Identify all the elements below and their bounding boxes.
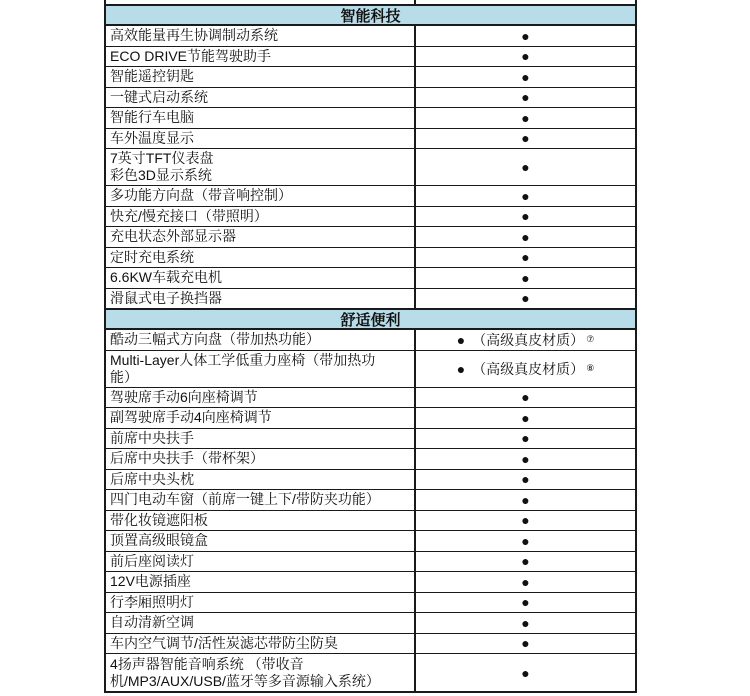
table-row: 定时充电系统● — [106, 248, 635, 269]
section-header: 智能科技 — [106, 5, 635, 26]
feature-name-cell: 7英寸TFT仪表盘 彩色3D显示系统 — [106, 149, 416, 185]
table-row: 多功能方向盘（带音响控制）● — [106, 186, 635, 207]
availability-note: （高级真皮材质） — [472, 359, 584, 379]
availability-cell: ● — [416, 149, 635, 185]
feature-name-cell: 12V电源插座 — [106, 572, 416, 592]
feature-name-cell: 充电状态外部显示器 — [106, 227, 416, 247]
feature-name-cell: 前后座阅读灯 — [106, 552, 416, 572]
availability-cell: ● — [416, 490, 635, 510]
table-row: 前后座阅读灯● — [106, 552, 635, 573]
availability-cell: ● — [416, 186, 635, 206]
table-row: 快充/慢充接口（带照明）● — [106, 207, 635, 228]
feature-name-cell: Multi-Layer人体工学低重力座椅（带加热功 能） — [106, 351, 416, 387]
availability-cell: ● — [416, 408, 635, 428]
feature-name-cell — [106, 0, 416, 4]
availability-cell: ● — [416, 129, 635, 149]
availability-cell — [416, 0, 635, 4]
availability-note: （高级真皮材质） — [472, 330, 584, 350]
table-row: 前席中央扶手● — [106, 429, 635, 450]
feature-name-cell: 副驾驶席手动4向座椅调节 — [106, 408, 416, 428]
availability-dot: ● — [521, 534, 529, 548]
footnote-superscript: ⑧ — [586, 364, 594, 373]
feature-name-cell: 滑鼠式电子换挡器 — [106, 289, 416, 309]
feature-name-cell: 驾驶席手动6向座椅调节 — [106, 388, 416, 408]
availability-dot: ● — [521, 390, 529, 404]
availability-cell: ● — [416, 429, 635, 449]
availability-dot: ● — [521, 209, 529, 223]
availability-dot: ● — [521, 111, 529, 125]
table-row: 自动清新空调● — [106, 613, 635, 634]
availability-cell: ● — [416, 593, 635, 613]
table-row: 7英寸TFT仪表盘 彩色3D显示系统● — [106, 149, 635, 186]
availability-cell: ● — [416, 47, 635, 67]
availability-cell: ● — [416, 572, 635, 592]
table-body: 智能科技高效能量再生协调制动系统●ECO DRIVE节能驾驶助手●智能遥控钥匙●… — [106, 5, 635, 691]
availability-cell: ● — [416, 67, 635, 87]
table-row: ECO DRIVE节能驾驶助手● — [106, 47, 635, 68]
availability-cell: ● — [416, 654, 635, 691]
table-row: 4扬声器智能音响系统 （带收音 机/MP3/AUX/USB/蓝牙等多音源输入系统… — [106, 654, 635, 691]
availability-dot: ● — [521, 29, 529, 43]
table-row: 副驾驶席手动4向座椅调节● — [106, 408, 635, 429]
availability-cell: ● — [416, 511, 635, 531]
availability-cell: ● — [416, 449, 635, 469]
table-row: 后席中央扶手（带杯架）● — [106, 449, 635, 470]
availability-dot: ● — [521, 49, 529, 63]
availability-cell: ● — [416, 248, 635, 268]
availability-cell: ● — [416, 227, 635, 247]
table-row: 车外温度显示● — [106, 129, 635, 150]
availability-dot: ● — [521, 472, 529, 486]
feature-name-cell: 智能遥控钥匙 — [106, 67, 416, 87]
table-row: 高效能量再生协调制动系统● — [106, 26, 635, 47]
availability-cell: ●（高级真皮材质）⑦ — [416, 330, 635, 350]
availability-dot: ● — [521, 90, 529, 104]
availability-dot: ● — [521, 595, 529, 609]
feature-name-cell: 多功能方向盘（带音响控制） — [106, 186, 416, 206]
feature-name-cell: 车外温度显示 — [106, 129, 416, 149]
availability-cell: ● — [416, 268, 635, 288]
feature-name-cell: 4扬声器智能音响系统 （带收音 机/MP3/AUX/USB/蓝牙等多音源输入系统… — [106, 654, 416, 691]
availability-cell: ● — [416, 552, 635, 572]
feature-name-cell: 定时充电系统 — [106, 248, 416, 268]
availability-dot: ● — [521, 616, 529, 630]
availability-dot: ● — [521, 189, 529, 203]
table-row: 12V电源插座● — [106, 572, 635, 593]
availability-dot: ● — [457, 362, 465, 376]
table-row: 四门电动车窗（前席一键上下/带防夹功能）● — [106, 490, 635, 511]
table-row: 酷动三幅式方向盘（带加热功能）●（高级真皮材质）⑦ — [106, 330, 635, 351]
feature-name-cell: 快充/慢充接口（带照明） — [106, 207, 416, 227]
availability-cell: ●（高级真皮材质）⑧ — [416, 351, 635, 387]
footnote-superscript: ⑦ — [586, 335, 594, 344]
availability-dot: ● — [521, 160, 529, 174]
feature-name-cell: 带化妆镜遮阳板 — [106, 511, 416, 531]
feature-name-cell: ECO DRIVE节能驾驶助手 — [106, 47, 416, 67]
table-row: 驾驶席手动6向座椅调节● — [106, 388, 635, 409]
availability-dot: ● — [521, 230, 529, 244]
availability-dot: ● — [521, 431, 529, 445]
table-row: 行李厢照明灯● — [106, 593, 635, 614]
availability-dot: ● — [521, 575, 529, 589]
availability-cell: ● — [416, 531, 635, 551]
availability-dot: ● — [521, 411, 529, 425]
feature-name-cell: 高效能量再生协调制动系统 — [106, 26, 416, 46]
availability-dot: ● — [521, 636, 529, 650]
availability-dot: ● — [521, 291, 529, 305]
feature-name-cell: 车内空气调节/活性炭滤芯带防尘防臭 — [106, 634, 416, 654]
availability-cell: ● — [416, 207, 635, 227]
table-row: 带化妆镜遮阳板● — [106, 511, 635, 532]
table-row: 滑鼠式电子换挡器● — [106, 289, 635, 310]
table-row: 充电状态外部显示器● — [106, 227, 635, 248]
feature-name-cell: 前席中央扶手 — [106, 429, 416, 449]
feature-name-cell: 四门电动车窗（前席一键上下/带防夹功能） — [106, 490, 416, 510]
feature-name-cell: 顶置高级眼镜盒 — [106, 531, 416, 551]
feature-name-cell: 智能行车电脑 — [106, 108, 416, 128]
availability-cell: ● — [416, 470, 635, 490]
availability-dot: ● — [521, 666, 529, 680]
feature-name-cell: 酷动三幅式方向盘（带加热功能） — [106, 330, 416, 350]
table-row: 智能行车电脑● — [106, 108, 635, 129]
availability-dot: ● — [521, 452, 529, 466]
availability-cell: ● — [416, 108, 635, 128]
table-row: 6.6KW车载充电机● — [106, 268, 635, 289]
feature-name-cell: 一键式启动系统 — [106, 88, 416, 108]
availability-cell: ● — [416, 613, 635, 633]
feature-name-cell: 后席中央扶手（带杯架） — [106, 449, 416, 469]
availability-cell: ● — [416, 88, 635, 108]
feature-name-cell: 行李厢照明灯 — [106, 593, 416, 613]
table-row: 顶置高级眼镜盒● — [106, 531, 635, 552]
table-row: 车内空气调节/活性炭滤芯带防尘防臭● — [106, 634, 635, 655]
spec-sheet-page: 智能科技高效能量再生协调制动系统●ECO DRIVE节能驾驶助手●智能遥控钥匙●… — [0, 0, 750, 696]
availability-dot: ● — [521, 493, 529, 507]
table-row: 智能遥控钥匙● — [106, 67, 635, 88]
feature-name-cell: 6.6KW车载充电机 — [106, 268, 416, 288]
feature-name-cell: 后席中央头枕 — [106, 470, 416, 490]
availability-dot: ● — [521, 271, 529, 285]
section-header: 舒适便利 — [106, 309, 635, 330]
table-row: Multi-Layer人体工学低重力座椅（带加热功 能）●（高级真皮材质）⑧ — [106, 351, 635, 388]
availability-cell: ● — [416, 634, 635, 654]
table-row: 后席中央头枕● — [106, 470, 635, 491]
feature-table: 智能科技高效能量再生协调制动系统●ECO DRIVE节能驾驶助手●智能遥控钥匙●… — [104, 0, 637, 693]
availability-cell: ● — [416, 26, 635, 46]
availability-dot: ● — [521, 131, 529, 145]
availability-dot: ● — [521, 250, 529, 264]
availability-dot: ● — [457, 333, 465, 347]
availability-dot: ● — [521, 513, 529, 527]
table-row: 一键式启动系统● — [106, 88, 635, 109]
availability-cell: ● — [416, 289, 635, 309]
availability-dot: ● — [521, 554, 529, 568]
feature-name-cell: 自动清新空调 — [106, 613, 416, 633]
availability-dot: ● — [521, 70, 529, 84]
availability-cell: ● — [416, 388, 635, 408]
